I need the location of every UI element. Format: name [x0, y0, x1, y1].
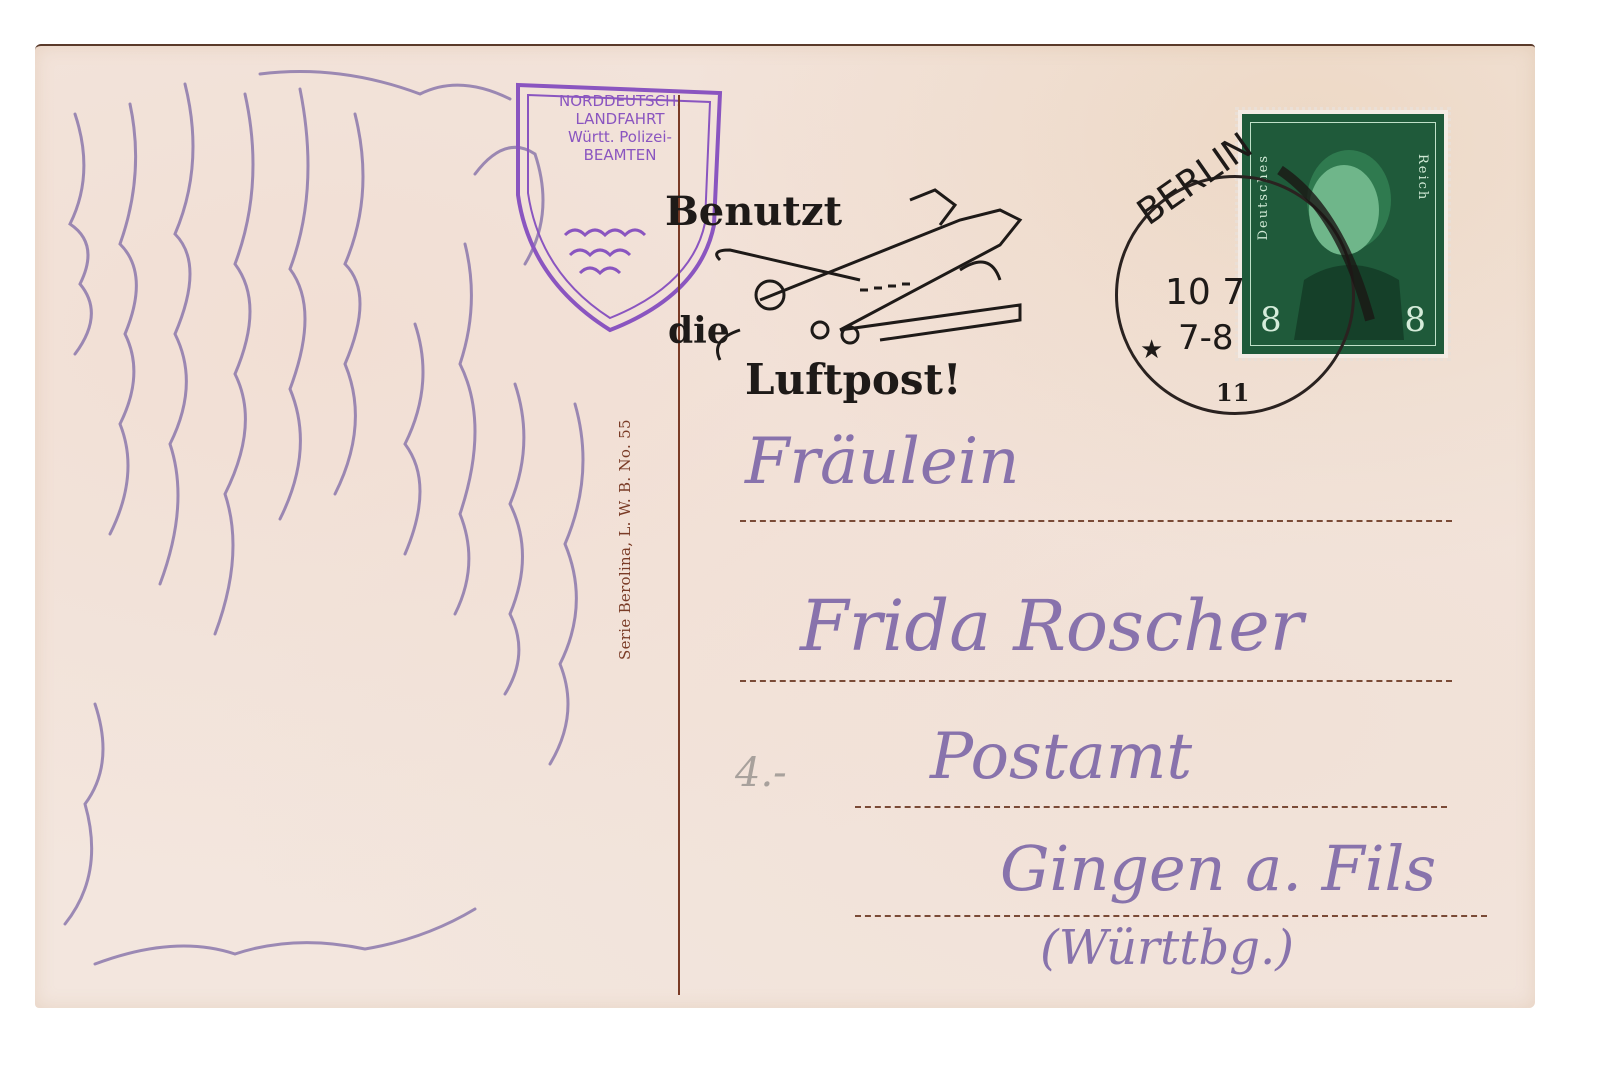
address-postoffice: Postamt	[930, 720, 1192, 794]
address-line-2	[740, 680, 1452, 682]
postmark-date: 10 7	[1165, 272, 1245, 313]
shield-stamp-text: NORDDEUTSCH. LANDFAHRT Württ. Polizei- B…	[545, 92, 695, 164]
slogan-line-1: Benutzt	[665, 188, 842, 235]
stamp-value-right: 8	[1404, 300, 1426, 340]
address-salutation: Fräulein	[745, 425, 1019, 499]
publisher-imprint: Serie Berolina, L. W. B. No. 55	[616, 419, 634, 660]
shield-line-1: NORDDEUTSCH.	[545, 92, 695, 110]
address-line-4	[855, 915, 1487, 917]
shield-line-3: Württ. Polizei-	[545, 128, 695, 146]
slogan-line-3: Luftpost!	[745, 355, 961, 404]
address-name: Frida Roscher	[800, 585, 1303, 667]
address-line-3	[855, 806, 1447, 808]
address-line-1	[740, 520, 1452, 522]
address-region: (Württbg.)	[1040, 920, 1294, 976]
postmark-star: ★	[1140, 335, 1163, 365]
address-town: Gingen a. Fils	[1000, 832, 1436, 905]
shield-line-4: BEAMTEN	[545, 146, 695, 164]
postmark-time: 7-8	[1178, 318, 1234, 358]
slogan-line-2: die	[668, 310, 730, 352]
shield-line-2: LANDFAHRT	[545, 110, 695, 128]
postmark-killer-bar	[1270, 150, 1390, 400]
postmark-office-number: 11	[1216, 378, 1249, 407]
stamp-country-right: Reich	[1415, 154, 1430, 201]
pencil-note: 4.-	[735, 750, 787, 796]
